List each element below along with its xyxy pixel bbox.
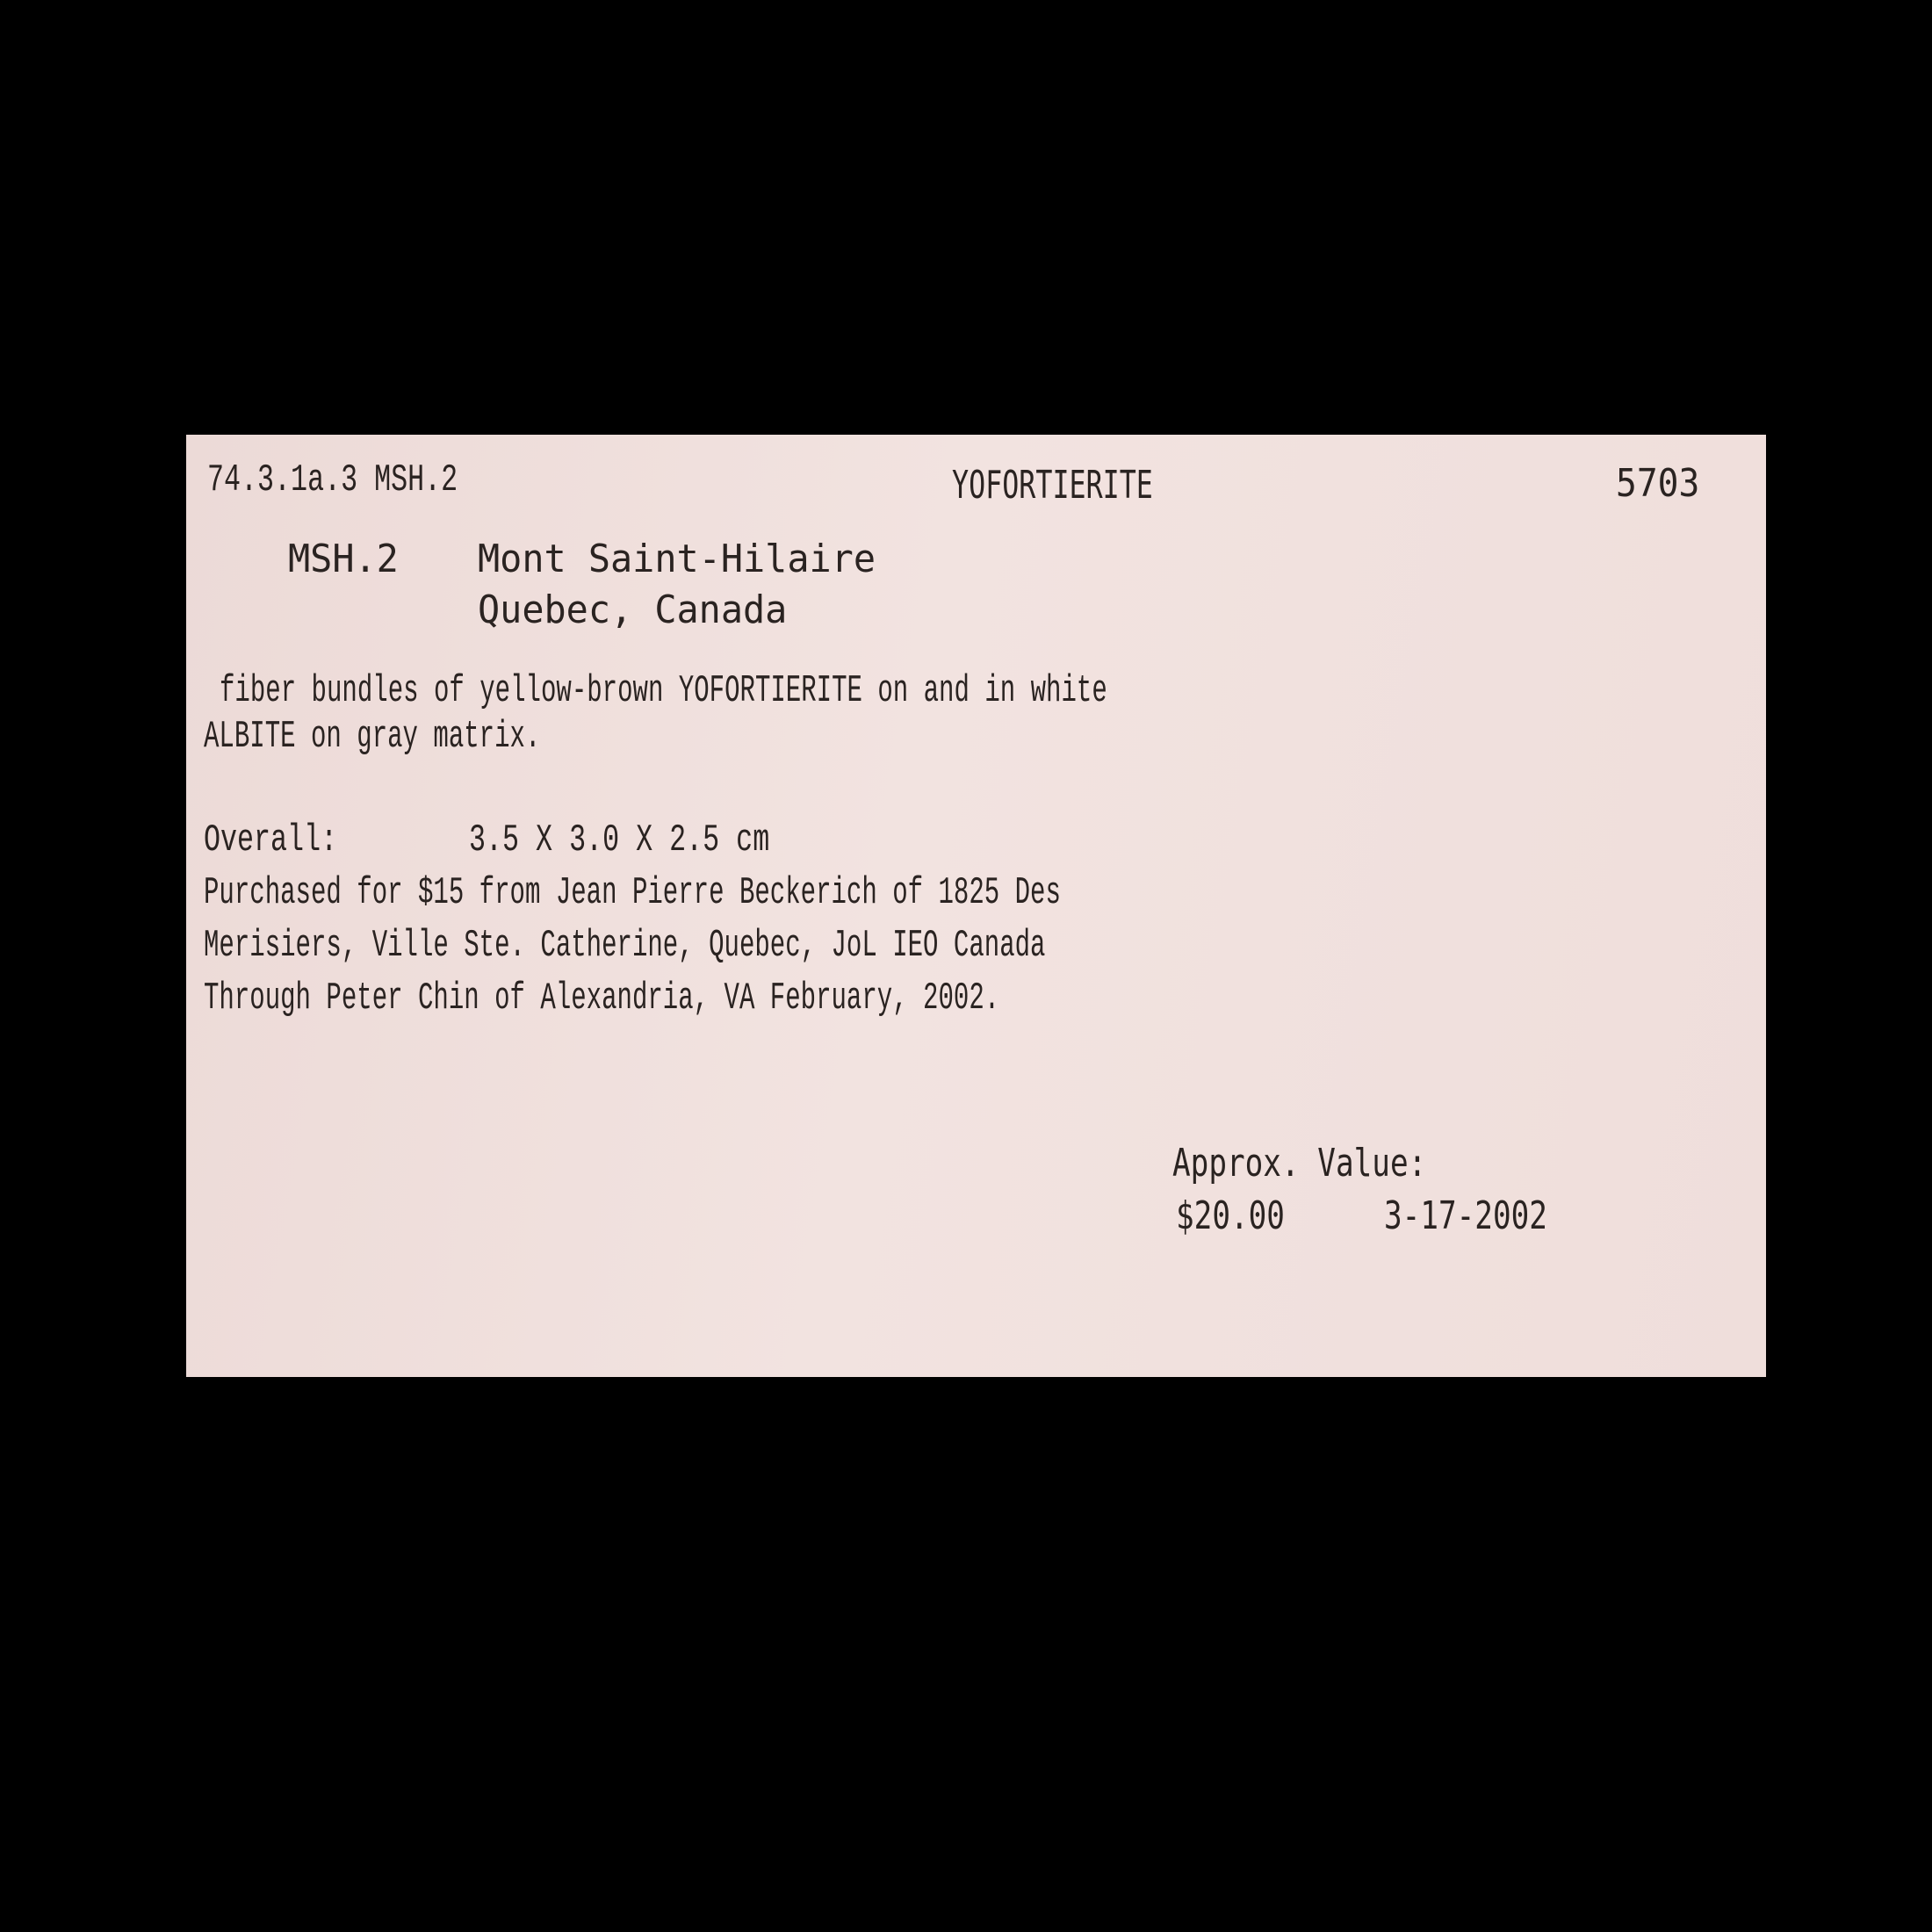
dimensions-label: Overall: <box>204 821 337 860</box>
locality-line1: Mont Saint-Hilaire <box>478 540 876 579</box>
mineral-name: YOFORTIERITE <box>952 466 1153 505</box>
catalog-code: 74.3.1a.3 MSH.2 <box>207 461 458 500</box>
provenance-line2: Merisiers, Ville Ste. Catherine, Quebec,… <box>204 926 1045 965</box>
value-date: 3-17-2002 <box>1384 1197 1547 1236</box>
specimen-label-card: 74.3.1a.3 MSH.2 YOFORTIERITE 5703 MSH.2 … <box>186 435 1766 1377</box>
provenance-line3: Through Peter Chin of Alexandria, VA Feb… <box>204 979 999 1018</box>
description-line2: ALBITE on gray matrix. <box>204 717 540 756</box>
specimen-number: 5703 <box>1616 465 1699 503</box>
locality-code: MSH.2 <box>288 540 399 579</box>
provenance-line1: Purchased for $15 from Jean Pierre Becke… <box>204 874 1061 912</box>
value-label: Approx. Value: <box>1172 1144 1426 1183</box>
description-line1: fiber bundles of yellow-brown YOFORTIERI… <box>220 672 1107 710</box>
value-amount: $20.00 <box>1176 1197 1285 1236</box>
dimensions-value: 3.5 X 3.0 X 2.5 cm <box>469 821 769 860</box>
locality-line2: Quebec, Canada <box>478 591 787 630</box>
